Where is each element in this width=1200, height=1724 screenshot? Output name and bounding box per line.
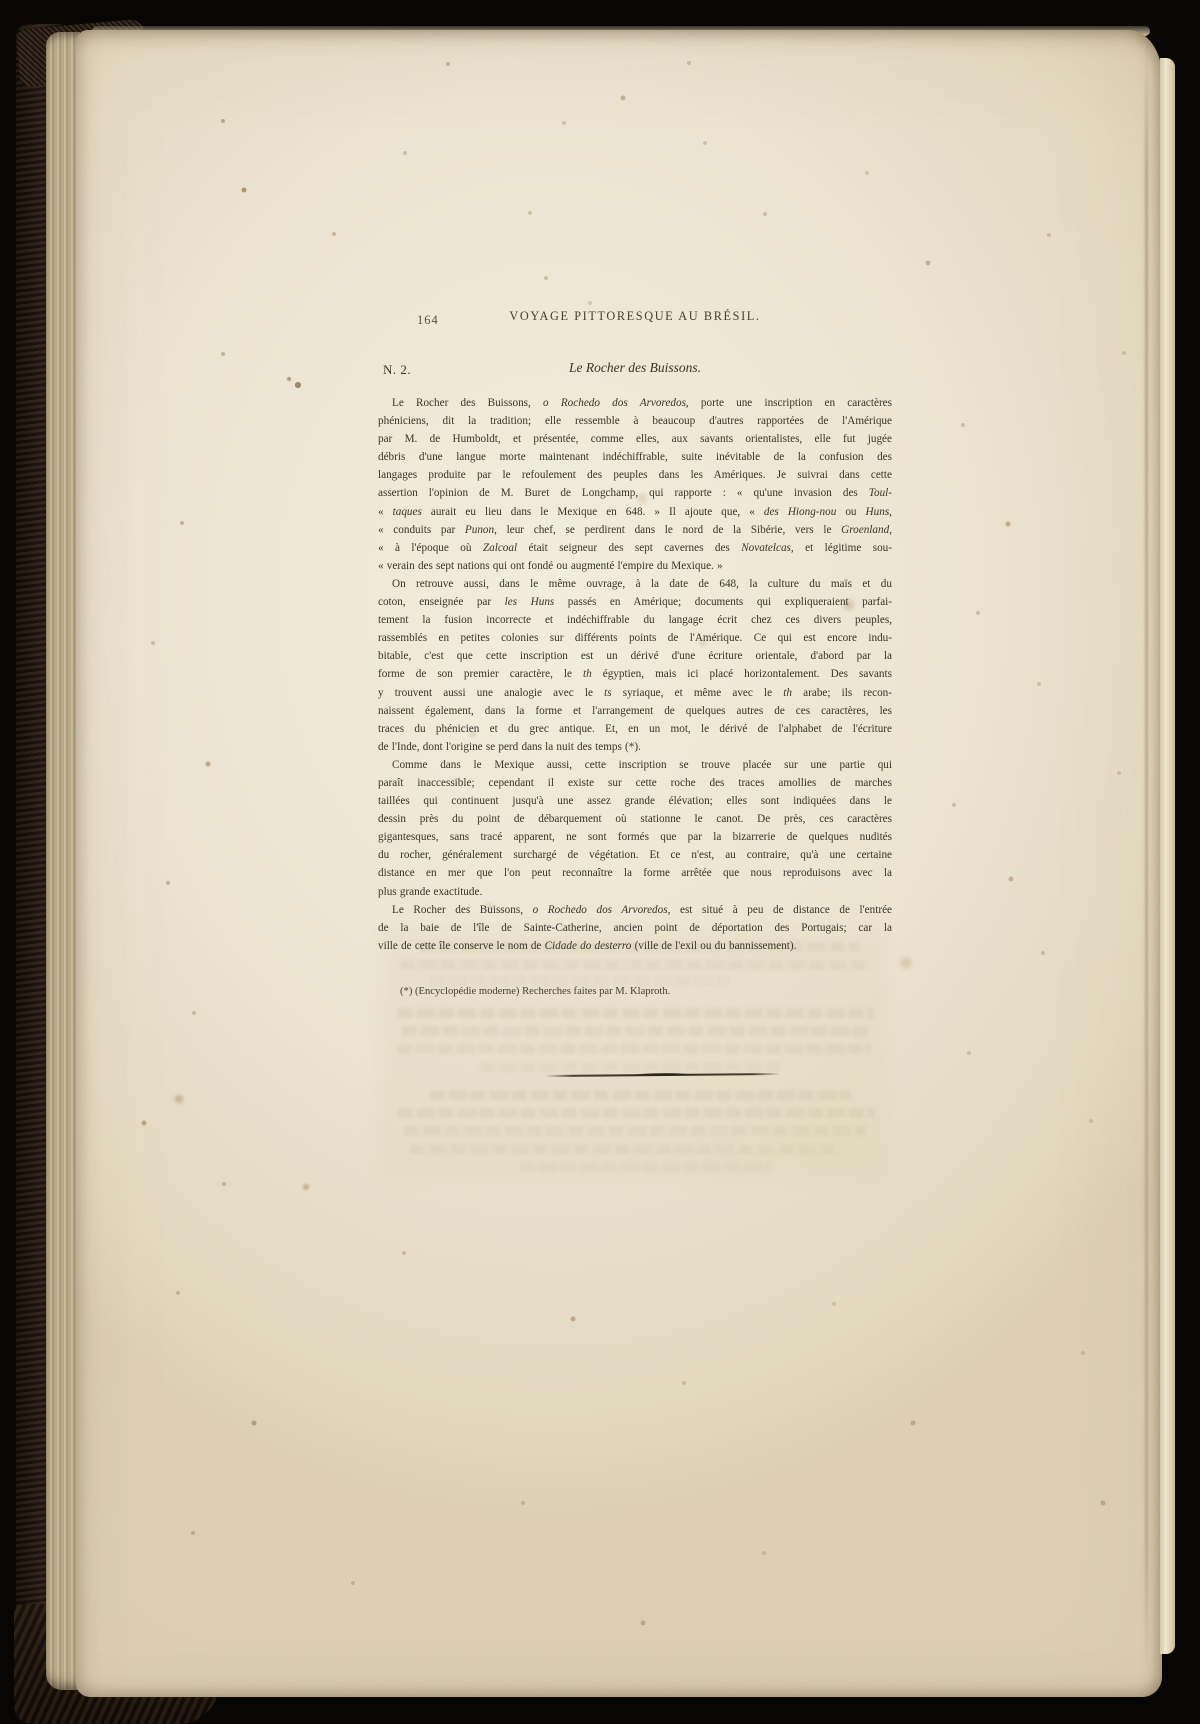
- page-stack-edge: [46, 32, 80, 1690]
- divider-swell: [634, 1073, 690, 1076]
- ghost-bleed-line: [430, 1090, 850, 1100]
- ghost-bleed-line: [404, 1126, 866, 1136]
- paragraph: Le Rocher des Buissons, o Rochedo dos Ar…: [378, 394, 892, 575]
- foxing-spots: [0, 0, 2, 2]
- page-right-edge: [1160, 58, 1175, 1654]
- ghost-bleed-line: [398, 1108, 874, 1118]
- paragraph: Le Rocher des Buissons, o Rochedo dos Ar…: [378, 901, 892, 955]
- ghost-bleed-line: [430, 976, 730, 986]
- paragraph: Comme dans le Mexique aussi, cette inscr…: [378, 756, 892, 901]
- footnote: (*) (Encyclopédie moderne) Recherches fa…: [378, 986, 892, 997]
- section-title: Le Rocher des Buissons.: [378, 360, 892, 376]
- ghost-bleed-line: [402, 1026, 870, 1036]
- ghost-bleed-line: [520, 1162, 770, 1172]
- ghost-bleed-line: [410, 1144, 840, 1154]
- ghost-bleed-line: [480, 1062, 780, 1072]
- running-header: VOYAGE PITTORESQUE AU BRÉSIL.: [378, 309, 892, 324]
- paragraph: On retrouve aussi, dans le même ouvrage,…: [378, 575, 892, 756]
- ghost-bleed-line: [400, 960, 870, 970]
- body-text: Le Rocher des Buissons, o Rochedo dos Ar…: [378, 394, 892, 955]
- ghost-bleed-line: [397, 1044, 871, 1054]
- ghost-bleed-line: [398, 1008, 874, 1018]
- page-crease: [1145, 46, 1148, 1674]
- book-scan: 164 VOYAGE PITTORESQUE AU BRÉSIL. N. 2. …: [0, 0, 1200, 1724]
